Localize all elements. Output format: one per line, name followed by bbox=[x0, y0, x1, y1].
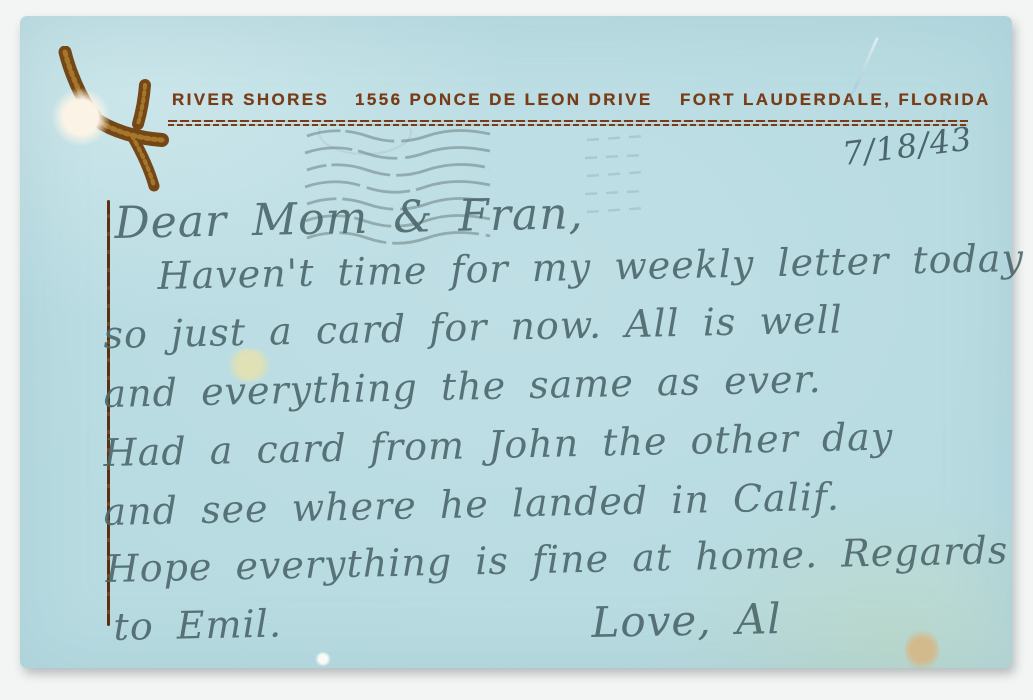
postcard: RIVER SHORES 1556 PONCE DE LEON DRIVE FO… bbox=[20, 16, 1012, 668]
letter-line: to Emil. bbox=[113, 601, 282, 649]
letterhead-property-name: RIVER SHORES bbox=[172, 90, 329, 110]
letter-line: so just a card for now. All is well bbox=[103, 298, 843, 357]
letter-line: and everything the same as ever. bbox=[103, 357, 822, 416]
letterhead-rule bbox=[168, 120, 968, 126]
postcard-photo: RIVER SHORES 1556 PONCE DE LEON DRIVE FO… bbox=[0, 0, 1033, 700]
handwritten-date: 7/18/43 bbox=[840, 119, 974, 173]
stain-spot bbox=[905, 628, 939, 672]
stain-spot bbox=[225, 348, 273, 382]
letterhead-city-state: FORT LAUDERDALE, FLORIDA bbox=[680, 90, 991, 110]
letterhead-street-address: 1556 PONCE DE LEON DRIVE bbox=[355, 90, 653, 110]
letter-line: Had a card from John the other day bbox=[103, 414, 894, 475]
letter-line: Hope everything is fine at home. Regards bbox=[105, 528, 1009, 591]
signature: Love, Al bbox=[591, 594, 782, 647]
damage-spot bbox=[52, 88, 110, 146]
letter-line: and see where he landed in Calif. bbox=[103, 475, 840, 534]
stain-spot bbox=[315, 652, 331, 666]
salutation: Dear Mom & Fran, bbox=[114, 188, 584, 249]
